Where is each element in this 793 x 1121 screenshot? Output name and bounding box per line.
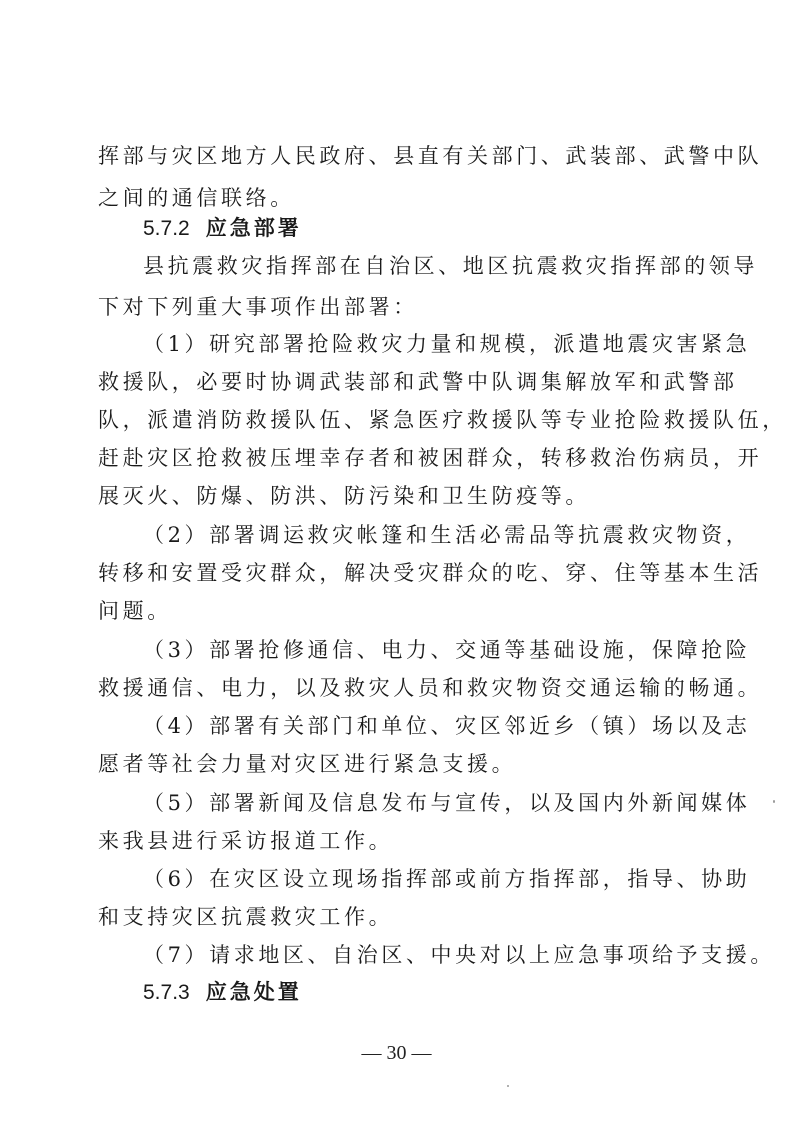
list-item-4-line: 愿者等社会力量对灾区进行紧急支援。 (98, 750, 698, 778)
page-number: — 30 — (0, 1042, 793, 1065)
body-text-line: 挥部与灾区地方人民政府、县直有关部门、武装部、武警中队 (98, 142, 698, 170)
list-item-2-line: 问题。 (98, 597, 698, 625)
scan-speck (507, 1085, 509, 1087)
section-heading-5-7-3: 5.7.3应急处置 (143, 978, 302, 1007)
intro-line: 县抗震救灾指挥部在自治区、地区抗震救灾指挥部的领导 (143, 252, 743, 280)
section-number: 5.7.2 (143, 217, 190, 240)
intro-line: 下对下列重大事项作出部署： (98, 293, 698, 321)
list-item-1: （1）研究部署抢险救灾力量和规模，派遣地震灾害紧急 (143, 330, 743, 358)
list-item-2-line: 转移和安置受灾群众，解决受灾群众的吃、穿、住等基本生活 (98, 559, 698, 587)
section-title: 应急处置 (206, 980, 302, 1004)
list-item-3: （3）部署抢修通信、电力、交通等基础设施，保障抢险 (143, 636, 743, 664)
list-item-7: （7）请求地区、自治区、中央对以上应急事项给予支援。 (143, 941, 743, 969)
section-title: 应急部署 (206, 216, 302, 240)
list-item-1-line: 赶赴灾区抢救被压埋幸存者和被困群众，转移救治伤病员，开 (98, 444, 698, 472)
list-item-5: （5）部署新闻及信息发布与宣传，以及国内外新闻媒体 (143, 789, 743, 817)
list-item-1-line: 救援队，必要时协调武装部和武警中队调集解放军和武警部 (98, 368, 698, 396)
scan-speck (773, 800, 775, 803)
section-number: 5.7.3 (143, 981, 190, 1004)
section-heading-5-7-2: 5.7.2应急部署 (143, 214, 302, 243)
list-item-1-line: 队，派遣消防救援队伍、紧急医疗救援队等专业抢险救援队伍， (98, 406, 698, 434)
list-item-1-line: 展灭火、防爆、防洪、防污染和卫生防疫等。 (98, 482, 698, 510)
list-item-3-line: 救援通信、电力，以及救灾人员和救灾物资交通运输的畅通。 (98, 674, 698, 702)
list-item-4: （4）部署有关部门和单位、灾区邻近乡（镇）场以及志 (143, 712, 743, 740)
list-item-2: （2）部署调运救灾帐篷和生活必需品等抗震救灾物资， (143, 521, 743, 549)
list-item-6: （6）在灾区设立现场指挥部或前方指挥部，指导、协助 (143, 865, 743, 893)
list-item-6-line: 和支持灾区抗震救灾工作。 (98, 903, 698, 931)
document-page: 挥部与灾区地方人民政府、县直有关部门、武装部、武警中队 之间的通信联络。 5.7… (0, 0, 793, 1121)
body-text-line: 之间的通信联络。 (98, 184, 698, 212)
list-item-5-line: 来我县进行采访报道工作。 (98, 827, 698, 855)
